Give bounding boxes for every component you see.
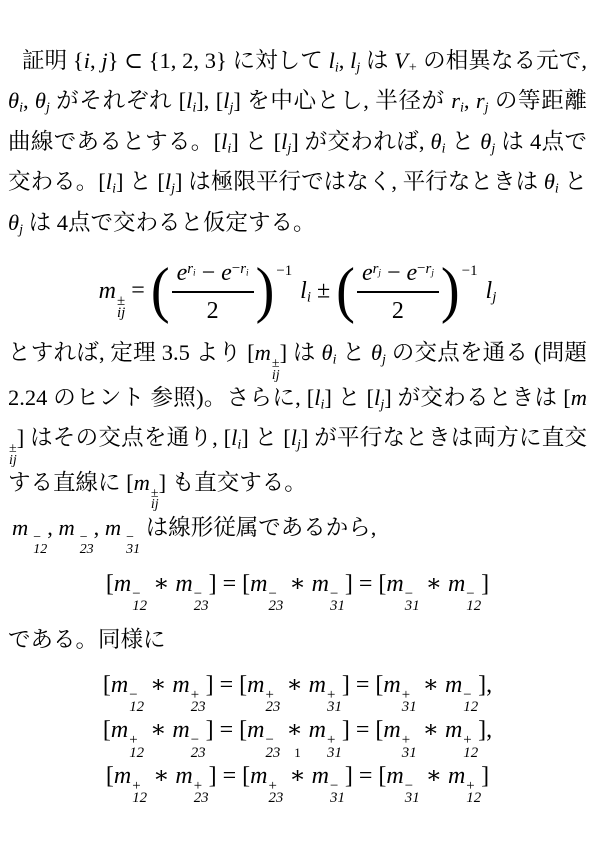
sup-sub-stack: −12 [29, 532, 47, 555]
math-symbol: m−12 [114, 571, 147, 597]
superscript: −ri [232, 261, 249, 277]
math-symbol: θj [371, 340, 386, 365]
math-symbol: li [231, 425, 241, 450]
sup-sub-stack: +31 [327, 689, 342, 713]
math-symbol: m−12 [12, 515, 47, 540]
para-similarly: である。同様に [8, 623, 587, 656]
math-symbol: θi [544, 169, 559, 194]
text-run: ] = [ [209, 763, 251, 789]
superscript: rj [373, 261, 381, 277]
subscript: j [492, 290, 496, 306]
subscript: 23 [194, 792, 209, 804]
math-symbol: li [106, 169, 116, 194]
text-run: ] = [ [206, 717, 248, 743]
text-run: , [23, 88, 35, 113]
sup-sub-stack: −12 [466, 588, 481, 612]
math-symbol: m+12 [111, 717, 144, 743]
sup-sub-stack: −12 [463, 689, 478, 713]
text-run: ∗ [280, 717, 308, 743]
math-base: θ [371, 340, 382, 365]
math-symbol: e−rj [407, 260, 434, 286]
math-symbol: m+31 [309, 672, 342, 698]
math-base: m [386, 571, 403, 597]
math-base: θ [431, 129, 442, 154]
text-run: ] = [ [342, 672, 384, 698]
text-run: ] はその交点を通り, [ [17, 425, 231, 450]
sup-sub-stack: −23 [194, 588, 209, 612]
subscript: 12 [132, 792, 147, 804]
fraction: eri − e−ri2 [172, 258, 254, 326]
page-number: 1 [294, 745, 301, 760]
text-run: ] [481, 571, 489, 597]
math-base: m [134, 470, 150, 495]
text-run: ∗ [417, 717, 445, 743]
subscript: 23 [265, 701, 280, 713]
subscript: ij [151, 499, 159, 510]
text-run: , [464, 88, 476, 113]
text-run: と [445, 129, 480, 154]
text-run: ] = [ [342, 717, 384, 743]
math-base: e [177, 260, 188, 286]
subscript: 23 [191, 701, 206, 713]
sup-sub-stack: +23 [268, 780, 283, 804]
subscript: 23 [268, 792, 283, 804]
text-run: と [559, 169, 587, 194]
math-base: e [407, 260, 418, 286]
text-run: である。同様に [8, 627, 166, 652]
subscript: ij [272, 370, 280, 381]
sup-sub-stack: +23 [265, 689, 280, 713]
math-base: m [383, 717, 400, 743]
text-run: [ [103, 717, 111, 743]
math-symbol: m−31 [105, 515, 140, 540]
math-symbol: θi [322, 340, 337, 365]
display-line: [m−12 ∗ m+23] = [m+23 ∗ m+31] = [m+31 ∗ … [8, 668, 587, 714]
text-run: ] も直交する。 [159, 470, 307, 495]
text-run: ] と [ [324, 385, 374, 410]
text-run: ∗ [144, 672, 172, 698]
text-run: , [90, 48, 101, 73]
math-symbol: θj [35, 88, 50, 113]
sup-sub-stack: −12 [132, 588, 147, 612]
subscript: 12 [29, 544, 47, 555]
math-base: m [445, 717, 462, 743]
math-symbol: m−31 [312, 763, 345, 789]
subscript: 31 [330, 600, 345, 612]
text-run: ∗ [283, 571, 311, 597]
text-run: ], [478, 717, 492, 743]
text-run: ] = [ [345, 763, 387, 789]
text-run: − [196, 260, 222, 286]
math-symbol: rj [373, 261, 381, 277]
text-run: ∗ [417, 672, 445, 698]
math-symbol: m−23 [175, 571, 208, 597]
text-run: は線形従属であるから, [140, 515, 376, 540]
math-symbol: θj [480, 129, 495, 154]
math-symbol: m−12 [445, 672, 478, 698]
math-base: m [309, 717, 326, 743]
text-run: ∗ [420, 763, 448, 789]
content: 証明 {i, j} ⊂ {1, 2, 3} に対して li, lj は V+ の… [8, 44, 587, 814]
text-run: − [381, 260, 407, 286]
math-symbol: m+31 [383, 717, 416, 743]
math-symbol: li [329, 48, 339, 73]
math-base: m [111, 672, 128, 698]
text-run: がそれぞれ [ [50, 88, 186, 113]
sup-sub-stack: +12 [466, 780, 481, 804]
right-paren-icon: ) [256, 266, 275, 319]
text-run: − [417, 261, 425, 277]
text-run: は 4点で交わると仮定する。 [23, 210, 316, 235]
math-symbol: m+23 [247, 672, 280, 698]
math-symbol: V+ [394, 48, 417, 73]
numerator: eri − e−ri [172, 258, 254, 288]
math-base: m [114, 763, 131, 789]
math-symbol: m−23 [58, 515, 93, 540]
math-symbol: θi [8, 88, 23, 113]
math-symbol: lj [281, 129, 291, 154]
page-footer: 1 [0, 745, 595, 760]
math-base: m [448, 571, 465, 597]
formula-minus-products: [m−12 ∗ m−23] = [m−23 ∗ m−31] = [m−31 ∗ … [8, 567, 587, 613]
sup-sub-stack: ±ij [9, 443, 17, 466]
math-base: r [476, 88, 485, 113]
math-base: θ [8, 210, 19, 235]
subscript: 23 [268, 600, 283, 612]
text-run: 2 [392, 298, 404, 324]
text-run: とすれば, 定理 3.5 より [ [8, 340, 255, 365]
fraction-bar [172, 291, 254, 293]
sup-sub-stack: −31 [405, 588, 420, 612]
sup-sub-stack: −12 [129, 689, 144, 713]
subscript: ij [9, 455, 17, 466]
math-symbol: ri [187, 261, 195, 277]
subscript: 12 [129, 701, 144, 713]
sup-sub-stack: +12 [132, 780, 147, 804]
sup-sub-stack: −31 [405, 780, 420, 804]
sup-sub-stack: −31 [122, 532, 140, 555]
text-run: ∗ [420, 571, 448, 597]
text-run: − [232, 261, 240, 277]
math-symbol: ri [240, 261, 248, 277]
text-run: , [339, 48, 350, 73]
text-run: は [360, 48, 394, 73]
math-base: m [386, 763, 403, 789]
subscript: 31 [405, 600, 420, 612]
math-base: m [312, 763, 329, 789]
text-run: , [47, 515, 58, 540]
math-symbol: rj [476, 88, 489, 113]
text-run: ∗ [147, 763, 175, 789]
math-symbol: lj [486, 278, 497, 304]
sup-sub-stack: −31 [330, 588, 345, 612]
left-paren-icon: ( [151, 266, 170, 319]
superscript: ri [187, 261, 195, 277]
paren-inner: erj − e−rj2 [355, 258, 441, 326]
text-run: 証明 { [22, 48, 84, 73]
denominator: 2 [387, 296, 409, 326]
subscript: j [431, 267, 434, 277]
math-symbol: m±ij [99, 278, 126, 304]
math-symbol: m+12 [448, 763, 481, 789]
math-symbol: m+12 [445, 717, 478, 743]
math-base: θ [322, 340, 333, 365]
math-base: m [12, 515, 28, 540]
math-symbol: m−31 [312, 571, 345, 597]
para-theorem-ref: とすれば, 定理 3.5 より [m±ij] は θi と θj の交点を通る … [8, 336, 587, 510]
sup-sub-stack: −31 [330, 780, 345, 804]
text-run: ], [478, 672, 492, 698]
math-base: m [309, 672, 326, 698]
math-symbol: e−ri [221, 260, 248, 286]
text-run: ] = [ [345, 571, 387, 597]
math-base: m [58, 515, 74, 540]
paren-exponent: −1 [276, 254, 292, 289]
math-symbol: m−12 [111, 672, 144, 698]
sup-sub-stack: −23 [76, 532, 94, 555]
text-run: の相異なる元で, [417, 48, 587, 73]
text-run: [ [106, 571, 114, 597]
text-run: ] は極限平行ではなく, 平行なときは [175, 169, 544, 194]
text-run: ∗ [280, 672, 308, 698]
math-base: m [250, 763, 267, 789]
numerator: erj − e−rj [357, 258, 439, 288]
math-symbol: m±ij [255, 340, 280, 365]
math-base: V [394, 48, 408, 73]
math-symbol: m−31 [386, 571, 419, 597]
text-run: ] が交われば, [291, 129, 430, 154]
subscript: 31 [402, 701, 417, 713]
math-symbol: lj [165, 169, 175, 194]
math-symbol: m+23 [172, 672, 205, 698]
formula-mixed-products: [m−12 ∗ m+23] = [m+23 ∗ m+31] = [m+31 ∗ … [8, 668, 587, 805]
paren-group: (erj − e−rj2)−1 [336, 258, 479, 326]
paren-inner: eri − e−ri2 [170, 258, 256, 326]
math-symbol: lj [374, 385, 384, 410]
paren-group: (eri − e−ri2)−1 [151, 258, 294, 326]
text-run: ∗ [144, 717, 172, 743]
math-symbol: m+12 [114, 763, 147, 789]
math-symbol: m−23 [172, 717, 205, 743]
text-run: ] と [ [231, 129, 281, 154]
math-base: m [172, 672, 189, 698]
subscript: 12 [132, 600, 147, 612]
subscript: ij [117, 307, 125, 319]
math-base: m [172, 717, 189, 743]
text-run: = [125, 278, 151, 304]
math-symbol: m+23 [250, 763, 283, 789]
math-symbol: ri [451, 88, 464, 113]
formula-m-def: m±ij = (eri − e−ri2)−1 li ± (erj − e−rj2… [8, 258, 587, 326]
text-run: ] = [ [209, 571, 251, 597]
text-run: ] = [ [206, 672, 248, 698]
math-base: m [105, 515, 121, 540]
math-symbol: m+23 [175, 763, 208, 789]
math-base: m [383, 672, 400, 698]
math-base: m [312, 571, 329, 597]
para-linear-dependence: m−12, m−23, m−31 は線形従属であるから, [8, 511, 587, 556]
math-base: m [255, 340, 271, 365]
math-base: m [250, 571, 267, 597]
subscript: 12 [466, 600, 481, 612]
text-run: ] を中心とし, 半径が [233, 88, 451, 113]
math-base: m [111, 717, 128, 743]
math-symbol: lj [350, 48, 360, 73]
math-base: θ [8, 88, 19, 113]
text-run: , [94, 515, 105, 540]
math-base: θ [35, 88, 46, 113]
subscript: 12 [466, 792, 481, 804]
fraction: erj − e−rj2 [357, 258, 439, 326]
document-page: 証明 {i, j} ⊂ {1, 2, 3} に対して li, lj は V+ の… [0, 0, 595, 842]
sup-sub-stack: ±ij [151, 488, 159, 511]
math-symbol: m±ij [134, 470, 159, 495]
math-symbol: li [300, 278, 311, 304]
math-base: e [221, 260, 232, 286]
para-proof-intro: 証明 {i, j} ⊂ {1, 2, 3} に対して li, lj は V+ の… [8, 44, 587, 246]
sup-sub-stack: +31 [402, 689, 417, 713]
sup-sub-stack: +23 [194, 780, 209, 804]
math-symbol: rj [426, 261, 434, 277]
math-symbol: li [314, 385, 324, 410]
math-symbol: θi [431, 129, 446, 154]
text-run: ] は [280, 340, 322, 365]
math-base: m [175, 571, 192, 597]
subscript: 31 [122, 544, 140, 555]
subscript: 12 [463, 701, 478, 713]
math-symbol: erj [362, 260, 381, 286]
sup-sub-stack: −23 [268, 588, 283, 612]
paren-exponent: −1 [462, 254, 478, 289]
text-run: と [336, 340, 370, 365]
math-symbol: θj [8, 210, 23, 235]
math-symbol: li [221, 129, 231, 154]
subscript: 31 [330, 792, 345, 804]
math-base: m [247, 717, 264, 743]
fraction-bar [357, 291, 439, 293]
math-symbol: m−31 [386, 763, 419, 789]
text-run: ∗ [283, 763, 311, 789]
text-run: [ [103, 672, 111, 698]
math-symbol: m−12 [448, 571, 481, 597]
math-symbol: lj [291, 425, 301, 450]
math-symbol: lj [223, 88, 233, 113]
math-base: m [175, 763, 192, 789]
text-run: ] [481, 763, 489, 789]
sup-sub-stack: ±ij [272, 358, 280, 381]
subscript: 31 [405, 792, 420, 804]
subscript: 23 [76, 544, 94, 555]
sup-sub-stack: +23 [191, 689, 206, 713]
text-run: ], [ [196, 88, 223, 113]
math-symbol: eri [177, 260, 196, 286]
math-base: r [451, 88, 460, 113]
math-base: l [300, 278, 307, 304]
text-run: ] と [ [241, 425, 290, 450]
math-base: θ [544, 169, 555, 194]
math-base: e [362, 260, 373, 286]
math-base: m [445, 672, 462, 698]
math-base: m [247, 672, 264, 698]
math-base: m [99, 278, 116, 304]
math-symbol: m+31 [309, 717, 342, 743]
display-line: [m−12 ∗ m−23] = [m−23 ∗ m−31] = [m−31 ∗ … [8, 567, 587, 613]
math-base: θ [480, 129, 491, 154]
text-run: 2 [207, 298, 219, 324]
text-run: ± [311, 278, 336, 304]
right-paren-icon: ) [441, 266, 460, 319]
subscript: i [246, 267, 249, 277]
display-line: m±ij = (eri − e−ri2)−1 li ± (erj − e−rj2… [8, 258, 587, 326]
math-symbol: li [186, 88, 196, 113]
left-paren-icon: ( [336, 266, 355, 319]
math-base: m [114, 571, 131, 597]
text-run: ] と [ [116, 169, 165, 194]
math-base: m [448, 763, 465, 789]
math-symbol: m−23 [250, 571, 283, 597]
text-run: ∗ [147, 571, 175, 597]
math-symbol: m−23 [247, 717, 280, 743]
math-base: m [571, 385, 587, 410]
text-run: } ⊂ {1, 2, 3} に対して [108, 48, 329, 73]
superscript: −rj [417, 261, 434, 277]
text-run: [ [106, 763, 114, 789]
subscript: 31 [327, 701, 342, 713]
text-run: ] が交わるときは [ [384, 385, 571, 410]
display-line: [m+12 ∗ m+23] = [m+23 ∗ m−31] = [m−31 ∗ … [8, 759, 587, 805]
subscript: 23 [194, 600, 209, 612]
math-symbol: m+31 [383, 672, 416, 698]
denominator: 2 [202, 296, 224, 326]
